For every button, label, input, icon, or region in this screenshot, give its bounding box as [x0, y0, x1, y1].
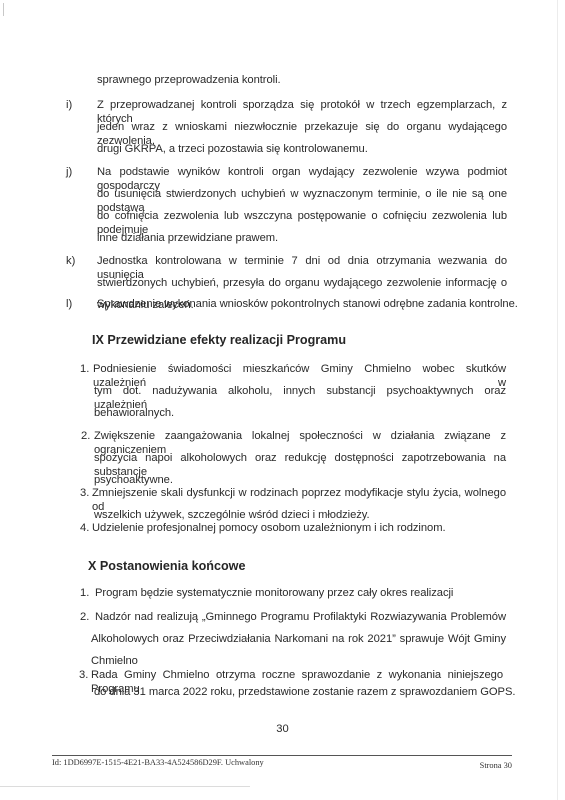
list-item-text: Sprawdzenie wykonania wniosków pokontrol… [97, 297, 518, 311]
list-item-text: do dnia 31 marca 2022 roku, przedstawion… [94, 685, 515, 699]
footer-page-label: Strona 30 [480, 761, 512, 771]
list-item-text: Alkoholowych oraz Przeciwdziałania Narko… [91, 632, 506, 646]
list-item-text: inne działania przewidziane prawem. [97, 231, 278, 245]
footer-divider [52, 755, 512, 756]
list-item-text: Chmielno [91, 654, 138, 668]
list-marker: 4. [80, 521, 89, 535]
section-heading-ix: IX Przewidziane efekty realizacji Progra… [92, 332, 346, 348]
list-item-text: behawioralnych. [94, 406, 174, 420]
document-id: Id: 1DD6997E-1515-4E21-BA33-4A524586D29F… [52, 758, 264, 768]
scan-bottom-edge [0, 786, 250, 787]
list-item-text: Program będzie systematycznie monitorowa… [95, 586, 453, 600]
list-marker: 3. [80, 486, 89, 500]
page-number: 30 [0, 722, 565, 736]
list-item-text: stwierdzonych uchybień, przesyła do orga… [97, 276, 507, 290]
list-marker: 3. [79, 668, 88, 682]
list-marker: j) [66, 165, 72, 179]
list-item-text: wszelkich używek, szczególnie wśród dzie… [94, 508, 370, 522]
continuation-text: sprawnego przeprowadzenia kontroli. [97, 73, 281, 87]
scan-right-edge [557, 0, 558, 800]
list-marker: 2. [81, 429, 90, 443]
list-item-text: Udzielenie profesjonalnej pomocy osobom … [92, 521, 446, 535]
list-item-text: psychoaktywne. [94, 473, 173, 487]
list-marker: 1. [80, 362, 89, 376]
list-marker: 1. [80, 586, 89, 600]
list-marker: l) [66, 297, 72, 311]
list-marker: k) [66, 254, 75, 268]
list-marker: 2. [80, 610, 89, 624]
section-heading-x: X Postanowienia końcowe [88, 558, 245, 574]
list-marker: i) [66, 98, 72, 112]
scan-edge-mark [3, 3, 4, 16]
list-item-text: Nadzór nad realizują „Gminnego Programu … [95, 610, 506, 624]
list-item-text: drugi GKRPA, a trzeci pozostawia się kon… [97, 142, 368, 156]
